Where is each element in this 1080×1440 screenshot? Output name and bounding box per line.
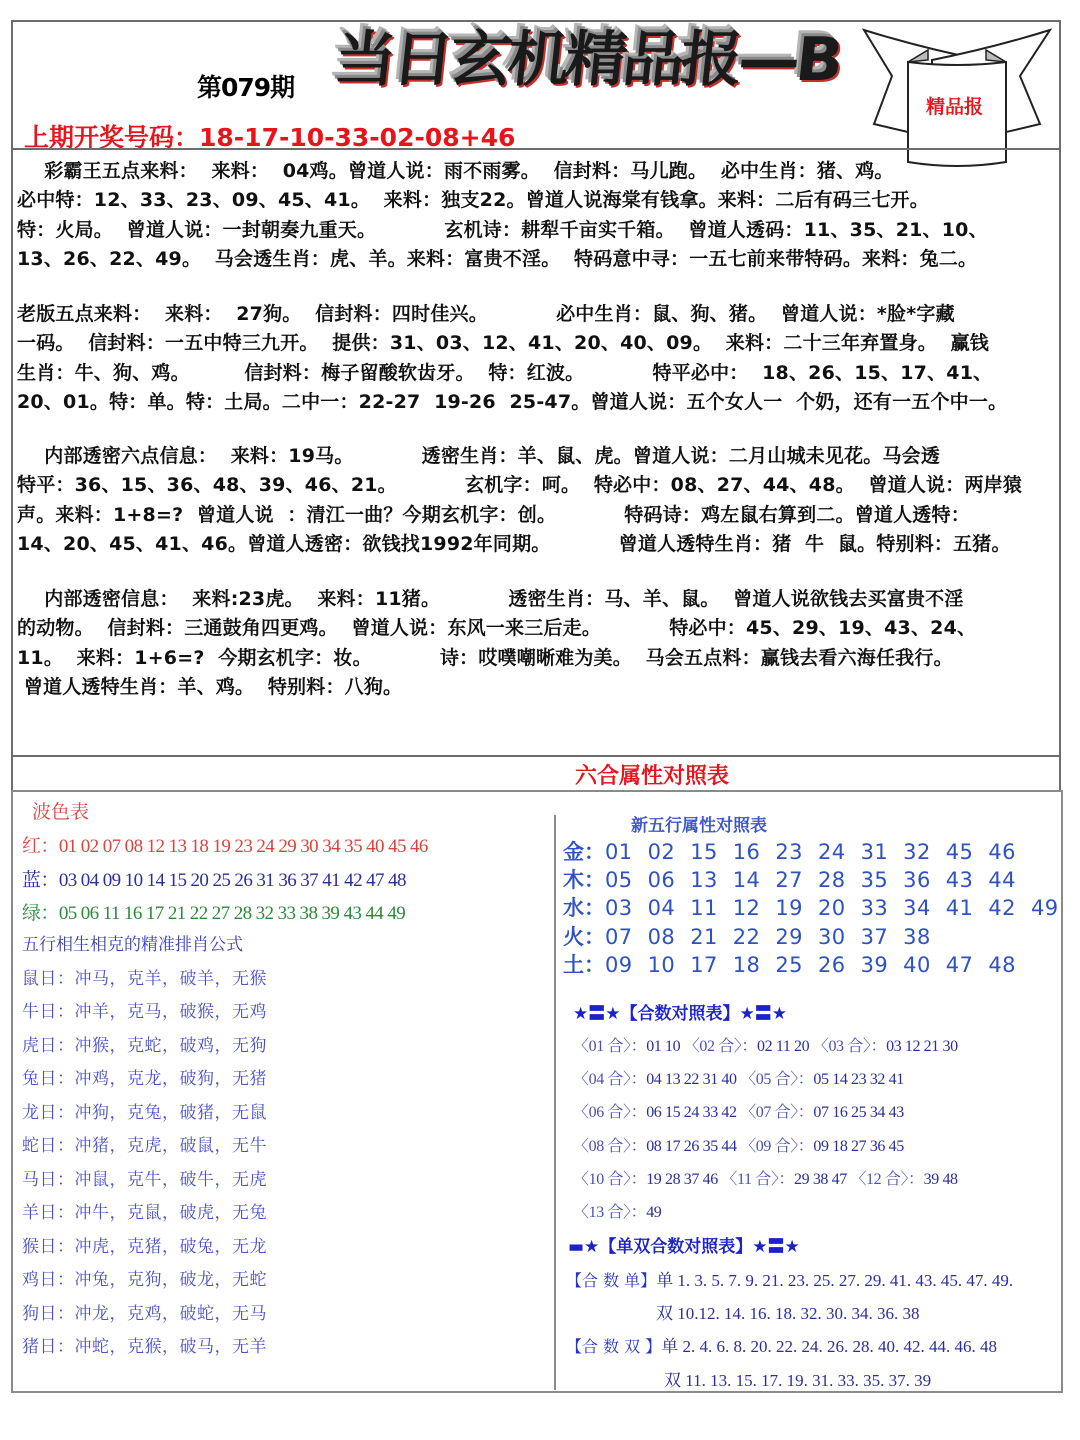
zodiac-row: 牛日：冲羊，克马，破猴，无鸡: [22, 997, 267, 1022]
text-line: 生肖：牛、狗、鸡。 信封料：梅子留酸软齿牙。 特：红波。 特平必中： 18、26…: [17, 359, 1067, 388]
sum-odd-row: 【合 数 单】单 1. 3. 5. 7. 9. 21. 23. 25. 27. …: [566, 1266, 1013, 1291]
text-line: 13、26、22、49。 马会透生肖：虎、羊。来料：富贵不淫。 特码意中寻：一五…: [17, 245, 1067, 274]
sum-numbers: 02 11 20: [757, 1038, 809, 1055]
element-label: 木：: [563, 868, 605, 892]
sum-label: 〈04 合〉：: [573, 1071, 646, 1088]
element-label: 金：: [563, 840, 605, 864]
text-line: 声。来料：1+8=? 曾道人说 ：清江一曲？今期玄机字：创。 特码诗：鸡左鼠右算…: [17, 501, 1067, 530]
paragraph-neibu-six: 内部透密六点信息： 来料：19马。 透密生肖：羊、鼠、虎。曾道人说：二月山城未见…: [17, 442, 1067, 559]
sum-odd-double: 双 10.12. 14. 16. 18. 32. 30. 34. 36. 38: [656, 1304, 920, 1323]
element-numbers: 01 02 15 16 23 24 31 32 45 46: [605, 840, 1016, 864]
sum-odd-single: 单 1. 3. 5. 7. 9. 21. 23. 25. 27. 29. 41.…: [656, 1271, 1013, 1290]
element-row-water: 水：03 04 11 12 19 20 33 34 41 42 49: [563, 892, 1059, 922]
sum-numbers: 04 13 22 31 40: [646, 1071, 736, 1088]
element-numbers: 07 08 21 22 29 30 37 38: [605, 925, 931, 949]
attribute-table-title: 六合属性对照表: [575, 759, 729, 790]
sum-odd-label: 【合 数 单】: [566, 1271, 656, 1290]
element-numbers: 09 10 17 18 25 26 39 40 47 48: [605, 953, 1016, 977]
element-row-fire: 火：07 08 21 22 29 30 37 38: [563, 921, 931, 951]
attribute-title-bar: [11, 757, 1061, 792]
sum-label: 〈07 合〉：: [737, 1104, 814, 1121]
zodiac-row: 羊日：冲牛，克鼠，破虎，无兔: [22, 1198, 267, 1223]
zodiac-row: 狗日：冲龙，克鸡，破蛇，无马: [22, 1299, 267, 1324]
sum-numbers: 07 16 25 34 43: [813, 1104, 903, 1121]
sum-numbers: 49: [646, 1204, 661, 1221]
text-line: 内部透密信息： 来料:23虎。 来料：11猪。 透密生肖：马、羊、鼠。 曾道人说…: [17, 585, 1067, 614]
sum-label: 〈05 合〉：: [737, 1071, 814, 1088]
zodiac-row: 鼠日：冲马，克羊，破羊，无猴: [22, 964, 267, 989]
paragraph-caibawang: 彩霸王五点来料： 来料： 04鸡。曾道人说：雨不雨雾。 信封料：马儿跑。 必中生…: [17, 157, 1067, 274]
sum-table-title: ★〓★【合数对照表】★〓★: [573, 999, 787, 1024]
text-line: 内部透密六点信息： 来料：19马。 透密生肖：羊、鼠、虎。曾道人说：二月山城未见…: [17, 442, 1067, 471]
text-line: 14、20、45、41、46。曾道人透密：欲钱找1992年同期。 曾道人透特生肖…: [17, 530, 1067, 559]
sum-label: 〈11 合〉：: [718, 1171, 794, 1188]
element-row-metal: 金：01 02 15 16 23 24 31 32 45 46: [563, 836, 1016, 866]
sum-label: 〈08 合〉：: [573, 1138, 646, 1155]
sum-row: 〈10 合〉：19 28 37 46 〈11 合〉：29 38 47 〈12 合…: [573, 1166, 958, 1189]
sum-odd-double-row: 双 10.12. 14. 16. 18. 32. 30. 34. 36. 38: [656, 1299, 920, 1324]
zodiac-row: 龙日：冲狗，克兔，破猪，无鼠: [22, 1098, 267, 1123]
wave-row-blue: 蓝：03 04 09 10 14 15 20 25 26 31 36 37 41…: [22, 865, 406, 892]
sum-numbers: 05 14 23 32 41: [813, 1071, 903, 1088]
formula-title: 五行相生相克的精准排肖公式: [22, 930, 243, 955]
sum-numbers: 19 28 37 46: [646, 1171, 718, 1188]
element-row-earth: 土：09 10 17 18 25 26 39 40 47 48: [563, 949, 1016, 979]
element-numbers: 03 04 11 12 19 20 33 34 41 42 49: [605, 896, 1059, 920]
sum-even-row: 【合 数 双 】单 2. 4. 6. 8. 20. 22. 24. 26. 28…: [566, 1332, 997, 1357]
sum-label: 〈02 合〉：: [680, 1038, 757, 1055]
text-line: 彩霸王五点来料： 来料： 04鸡。曾道人说：雨不雨雾。 信封料：马儿跑。 必中生…: [17, 157, 1067, 186]
text-line: 20、01。特：单。特：土局。二中一：22-27 19-26 25-47。曾道人…: [17, 388, 1067, 417]
element-label: 火：: [563, 925, 605, 949]
wave-label: 红：: [22, 836, 59, 857]
zodiac-row: 鸡日：冲兔，克狗，破龙，无蛇: [22, 1265, 267, 1290]
element-numbers: 05 06 13 14 27 28 35 36 43 44: [605, 868, 1016, 892]
text-line: 特：火局。 曾道人说：一封朝奏九重天。 玄机诗：耕犁千亩实千箱。 曾道人透码：1…: [17, 216, 1067, 245]
sum-even-single: 单 2. 4. 6. 8. 20. 22. 24. 26. 28. 40. 42…: [661, 1337, 997, 1356]
zodiac-row: 蛇日：冲猪，克虎，破鼠，无牛: [22, 1131, 267, 1156]
text-line: 特平：36、15、36、48、39、46、21。 玄机字：呵。 特必中：08、2…: [17, 471, 1067, 500]
text-line: 曾道人透特生肖：羊、鸡。 特别料：八狗。: [17, 673, 1067, 702]
wave-label: 蓝：: [22, 870, 59, 891]
column-divider: [554, 815, 556, 1390]
sum-label: 〈01 合〉：: [573, 1038, 646, 1055]
ribbon-label: 精品报: [926, 92, 983, 119]
wave-label: 绿：: [22, 903, 59, 924]
sum-row: 〈06 合〉：06 15 24 33 42 〈07 合〉：07 16 25 34…: [573, 1099, 904, 1122]
wave-row-red: 红：01 02 07 08 12 13 18 19 23 24 29 30 34…: [22, 831, 428, 858]
sum-even-double-row: 双 11. 13. 15. 17. 19. 31. 33. 35. 37. 39: [664, 1366, 931, 1391]
sum-row: 〈04 合〉：04 13 22 31 40 〈05 合〉：05 14 23 32…: [573, 1066, 904, 1089]
paragraph-laoban: 老版五点来料： 来料： 27狗。 信封料：四时佳兴。 必中生肖：鼠、狗、猪。 曾…: [17, 300, 1067, 417]
issue-number: 第079期: [197, 68, 294, 104]
wave-numbers: 01 02 07 08 12 13 18 19 23 24 29 30 34 3…: [59, 836, 428, 857]
banner-title: 当日玄机精品报—B: [331, 30, 842, 90]
wave-numbers: 05 06 11 16 17 21 22 27 28 32 33 38 39 4…: [59, 903, 405, 924]
sum-numbers: 03 12 21 30: [886, 1038, 958, 1055]
wave-table-title: 波色表: [32, 797, 89, 824]
sum-numbers: 08 17 26 35 44: [646, 1138, 736, 1155]
sum-even-double: 双 11. 13. 15. 17. 19. 31. 33. 35. 37. 39: [664, 1371, 931, 1390]
text-line: 11。 来料：1+6=? 今期玄机字：妆。 诗：哎噗嘲晰难为美。 马会五点料：赢…: [17, 644, 1067, 673]
element-label: 水：: [563, 896, 605, 920]
text-line: 一码。 信封料：一五中特三九开。 提供：31、03、12、41、20、40、09…: [17, 329, 1067, 358]
sum-numbers: 09 18 27 36 45: [813, 1138, 903, 1155]
sum-label: 〈03 合〉：: [809, 1038, 886, 1055]
zodiac-row: 虎日：冲猴，克蛇，破鸡，无狗: [22, 1031, 267, 1056]
wave-row-green: 绿：05 06 11 16 17 21 22 27 28 32 33 38 39…: [22, 898, 405, 925]
text-line: 必中特：12、33、23、09、45、41。 来料：独支22。曾道人说海棠有钱拿…: [17, 186, 1067, 215]
paragraph-neibu: 内部透密信息： 来料:23虎。 来料：11猪。 透密生肖：马、羊、鼠。 曾道人说…: [17, 585, 1067, 702]
sum-row: 〈08 合〉：08 17 26 35 44 〈09 合〉：09 18 27 36…: [573, 1133, 904, 1156]
sum-row: 〈13 合〉：49: [573, 1199, 661, 1222]
five-elements-title: 新五行属性对照表: [631, 811, 767, 836]
zodiac-row: 猴日：冲虎，克猪，破兔，无龙: [22, 1232, 267, 1257]
sum-even-label: 【合 数 双 】: [566, 1337, 661, 1356]
sum-label: 〈12 合〉：: [847, 1171, 924, 1188]
sum-label: 〈10 合〉：: [573, 1171, 646, 1188]
zodiac-row: 马日：冲鼠，克牛，破牛，无虎: [22, 1165, 267, 1190]
wave-numbers: 03 04 09 10 14 15 20 25 26 31 36 37 41 4…: [59, 870, 406, 891]
sum-numbers: 39 48: [924, 1171, 958, 1188]
text-line: 老版五点来料： 来料： 27狗。 信封料：四时佳兴。 必中生肖：鼠、狗、猪。 曾…: [17, 300, 1067, 329]
text-line: 的动物。 信封料：三通鼓角四更鸡。 曾道人说：东风一来三后走。 特必中：45、2…: [17, 614, 1067, 643]
element-label: 土：: [563, 953, 605, 977]
odd-even-table-title: ▬★【单双合数对照表】★〓★: [568, 1232, 800, 1257]
sum-row: 〈01 合〉：01 10 〈02 合〉：02 11 20 〈03 合〉：03 1…: [573, 1033, 958, 1056]
sum-label: 〈09 合〉：: [737, 1138, 814, 1155]
zodiac-row: 兔日：冲鸡，克龙，破狗，无猪: [22, 1064, 267, 1089]
sum-numbers: 29 38 47: [794, 1171, 847, 1188]
sum-numbers: 01 10: [646, 1038, 680, 1055]
sum-numbers: 06 15 24 33 42: [646, 1104, 736, 1121]
zodiac-row: 猪日：冲蛇，克猴，破马，无羊: [22, 1332, 267, 1357]
sum-label: 〈06 合〉：: [573, 1104, 646, 1121]
element-row-wood: 木：05 06 13 14 27 28 35 36 43 44: [563, 864, 1016, 894]
sum-label: 〈13 合〉：: [573, 1204, 646, 1221]
